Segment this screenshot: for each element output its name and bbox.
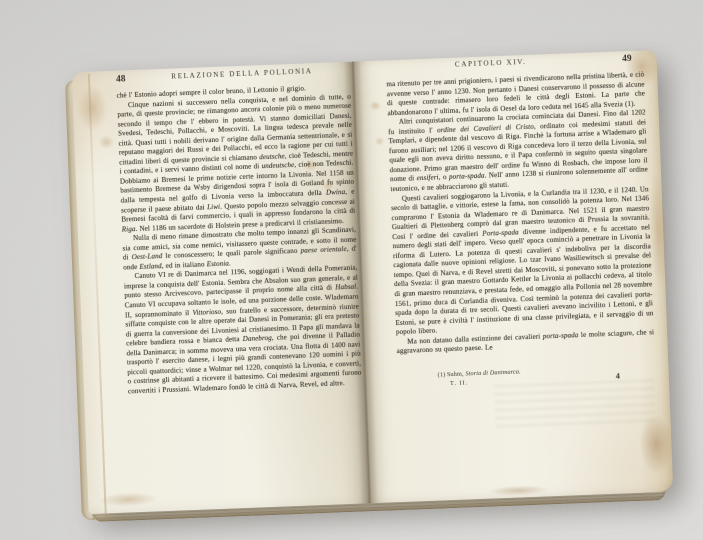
open-book: 48 RELAZIONE DELLA POLLONIA chè l' Eston… — [72, 50, 674, 514]
paragraph: Canuto VI re di Danimarca nel 1196, sogg… — [123, 264, 362, 397]
right-page-body: ma ritenuto per tre anni prigioniero, i … — [386, 70, 654, 357]
paragraph: Questi cavalieri soggiogarono la Livonia… — [391, 185, 654, 338]
foxing-spot — [98, 135, 115, 150]
foxing-spot — [98, 491, 158, 507]
paragraph: Cinque nazioni si successero nella conqu… — [117, 92, 356, 235]
photo-background: 48 RELAZIONE DELLA POLLONIA chè l' Eston… — [0, 0, 703, 540]
volume-mark: T. II. — [450, 379, 469, 387]
running-title: RELAZIONE DELLA POLLONIA — [171, 67, 313, 80]
paragraph: Altri conquistatori continuarono la croc… — [388, 109, 649, 195]
page-spread: 48 RELAZIONE DELLA POLLONIA chè l' Eston… — [72, 50, 674, 514]
foxing-spot — [374, 136, 384, 145]
foxing-spot — [369, 101, 381, 111]
page-number: 48 — [116, 74, 126, 84]
running-title: CAPITOLO XIV. — [455, 58, 527, 69]
left-page: 48 RELAZIONE DELLA POLLONIA chè l' Eston… — [72, 62, 369, 514]
foxing-spot — [638, 414, 674, 475]
signature-mark: 4 — [616, 371, 620, 380]
signature-row: T. II. 4 — [398, 372, 656, 394]
fold-line — [88, 74, 107, 514]
right-page: CAPITOLO XIV. 49 ma ritenuto per tre ann… — [352, 50, 674, 503]
foxing-spot — [488, 484, 548, 496]
left-page-body: chè l' Estonio adopri sempre il color br… — [117, 83, 363, 397]
right-text-column: CAPITOLO XIV. 49 ma ritenuto per tre ann… — [386, 53, 657, 394]
left-text-column: 48 RELAZIONE DELLA POLLONIA chè l' Eston… — [116, 66, 362, 397]
foxing-spot — [76, 85, 108, 132]
page-number: 49 — [622, 54, 632, 64]
